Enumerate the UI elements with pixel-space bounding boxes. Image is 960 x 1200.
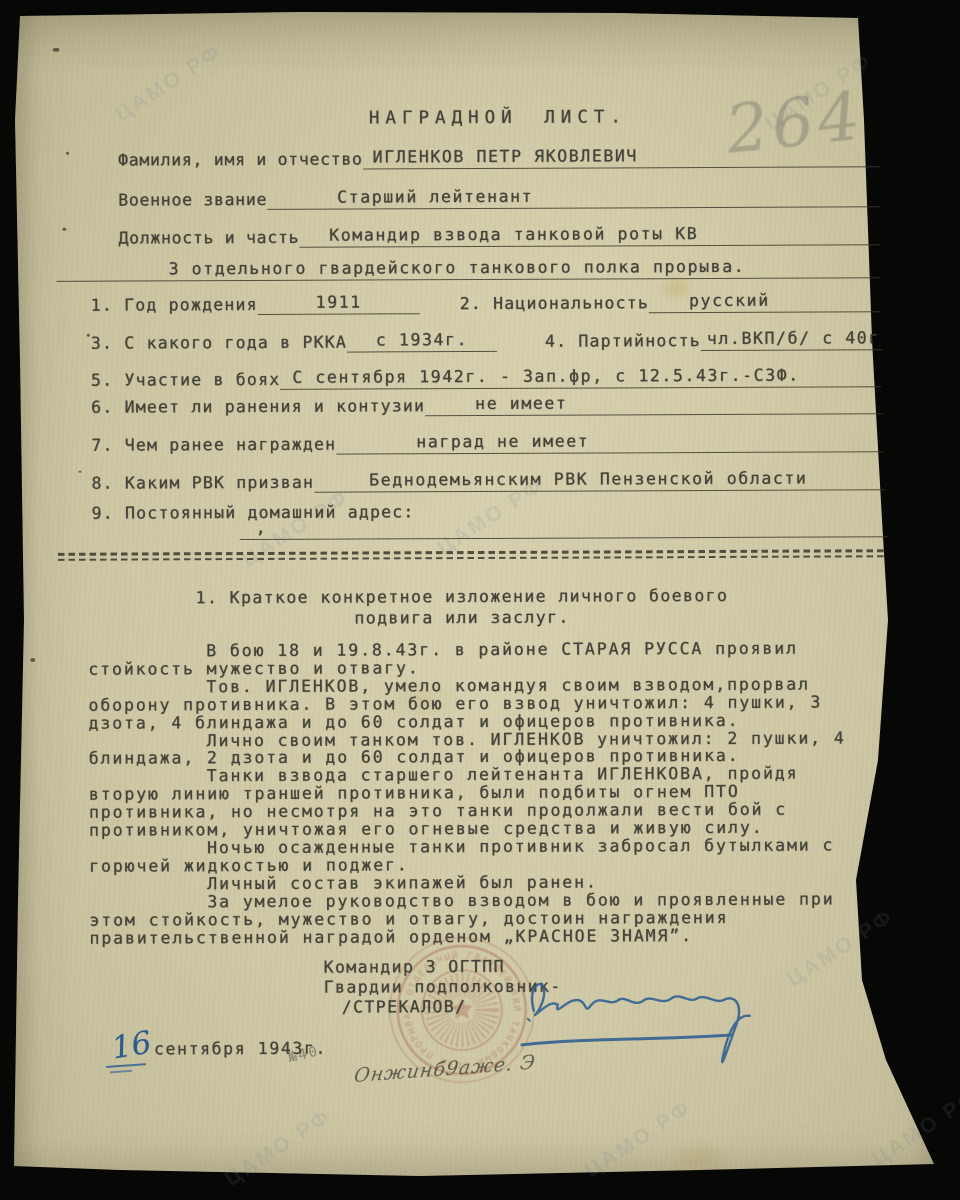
paper-speck — [53, 48, 60, 52]
field-label: 4. Партийность — [545, 331, 701, 352]
field-label: 1. Год рождения — [91, 295, 258, 316]
field-value: 3 отдельного гвардейского танкового полк… — [57, 256, 881, 282]
field-row-position: Должность и часть Командир взвода танков… — [118, 223, 880, 248]
field-label: 8. Каким РВК призван — [91, 473, 314, 494]
field-row-battles: 5. Участие в боях С сентября 1942г. - За… — [91, 365, 881, 390]
field-row-name: Фамилия, имя и отчество ИГЛЕНКОВ ПЕТР ЯК… — [118, 145, 880, 170]
field-value: с 1934г. — [347, 330, 497, 353]
section-heading-line2: подвига или заслуг. — [70, 605, 854, 629]
field-value: Беднодемьянским РВК Пензенской области — [314, 468, 885, 492]
date-day-underline — [106, 1063, 146, 1068]
field-value: Командир взвода танковой роты КВ — [299, 223, 880, 248]
section-heading: 1. Краткое конкретное изложение личного … — [70, 584, 854, 629]
field-value: С сентября 1942г. - Зап.фр, с 12.5.43г.-… — [280, 365, 881, 390]
citation-paragraph: Тов. ИГЛЕНКОВ, умело командуя своим взво… — [88, 675, 878, 732]
citation-paragraph: Лично своим танком тов. ИГЛЕНКОВ уничтож… — [89, 729, 879, 768]
field-label: 2. Национальность — [460, 293, 649, 314]
field-label: 6. Имеет ли ранения и контузии — [91, 396, 425, 417]
citation-paragraph: Танки взвода старшего лейтенанта ИГЛЕНКО… — [89, 765, 879, 840]
field-row-rkka-party: 3. С какого года в РККА с 1934г. 4. Парт… — [91, 328, 883, 353]
handwritten-signature — [482, 952, 783, 1103]
paper-speck — [30, 658, 35, 662]
field-label: 5. Участие в боях — [91, 370, 280, 391]
field-row-unit: 3 отдельного гвардейского танкового полк… — [57, 256, 881, 282]
field-value: 1911 — [258, 292, 420, 315]
field-row-prior-awards: 7. Чем ранее награжден наград не имеет — [91, 430, 883, 455]
field-row-birth-nationality: 1. Год рождения 1911 2. Национальность р… — [91, 290, 881, 315]
citation-text: В бою 18 и 19.8.43г. в районе СТАРАЯ РУС… — [88, 639, 879, 947]
archive-watermark: ЦАМО РФ — [221, 1104, 337, 1191]
dashed-separator — [58, 549, 886, 562]
scanned-award-sheet: ЦАМО РФ ЦАМО РФ ЦАМО РФ ЦАМО РФ ЦАМО РФ … — [0, 0, 960, 1200]
field-label: Военное звание — [118, 190, 267, 211]
field-value: ИГЛЕНКОВ ПЕТР ЯКОВЛЕВИЧ — [363, 145, 880, 169]
field-value: Старший лейтенант — [267, 185, 880, 210]
paper-speck — [62, 228, 66, 231]
date-day-handwritten: 16 — [109, 1025, 154, 1067]
paper-speck — [87, 334, 90, 337]
field-value: наград не имеет — [336, 430, 883, 454]
citation-paragraph: В бою 18 и 19.8.43г. в районе СТАРАЯ РУС… — [88, 639, 878, 678]
field-value: не имеет — [425, 392, 883, 416]
field-row-rank: Военное звание Старший лейтенант — [118, 185, 880, 210]
field-label: Должность и часть — [118, 228, 299, 249]
citation-paragraph: Ночью осажденные танки противник заброса… — [89, 836, 879, 875]
field-label: 3. С какого года в РККА — [91, 333, 347, 354]
field-value: русский — [649, 290, 881, 313]
paper-speck — [78, 471, 81, 473]
field-value: , — [240, 515, 888, 540]
field-row-wounds: 6. Имеет ли ранения и контузии не имеет — [91, 392, 883, 417]
field-row-rvk: 8. Каким РВК призван Беднодемьянским РВК… — [91, 468, 885, 493]
field-row-address-line: , — [240, 515, 888, 540]
field-label: Фамилия, имя и отчество — [118, 150, 363, 171]
page-title: НАГРАДНОЙ ЛИСТ. — [98, 106, 898, 129]
paper-speck — [66, 152, 69, 155]
field-value: чл.ВКП/б/ с 40г — [701, 328, 883, 351]
field-label: 7. Чем ранее награжден — [91, 435, 336, 456]
archive-watermark: ЦАМО РФ — [868, 1084, 960, 1171]
date-day-underline — [110, 1070, 132, 1073]
archive-watermark: ЦАМО РФ — [581, 1096, 697, 1183]
